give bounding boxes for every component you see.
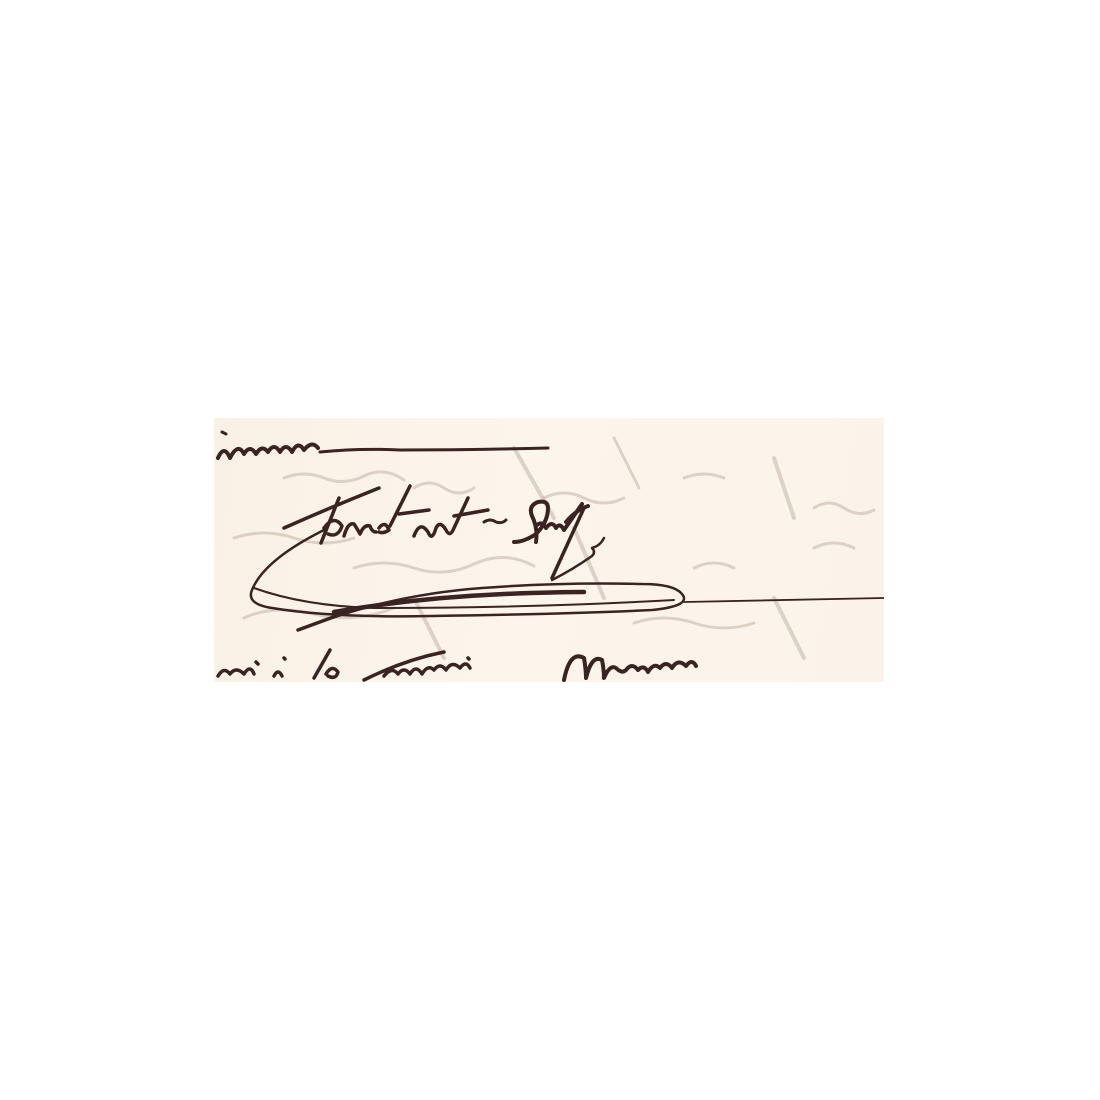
letter-paper-scan: Constant-Dap ivouement rai à la fonderie… (214, 418, 884, 682)
handwriting-strokes (214, 418, 884, 682)
bleed-through-text (234, 438, 874, 658)
image-canvas: Constant-Dap ivouement rai à la fonderie… (0, 0, 1100, 1100)
line-above-text (218, 432, 548, 458)
line-below-text (218, 650, 696, 680)
